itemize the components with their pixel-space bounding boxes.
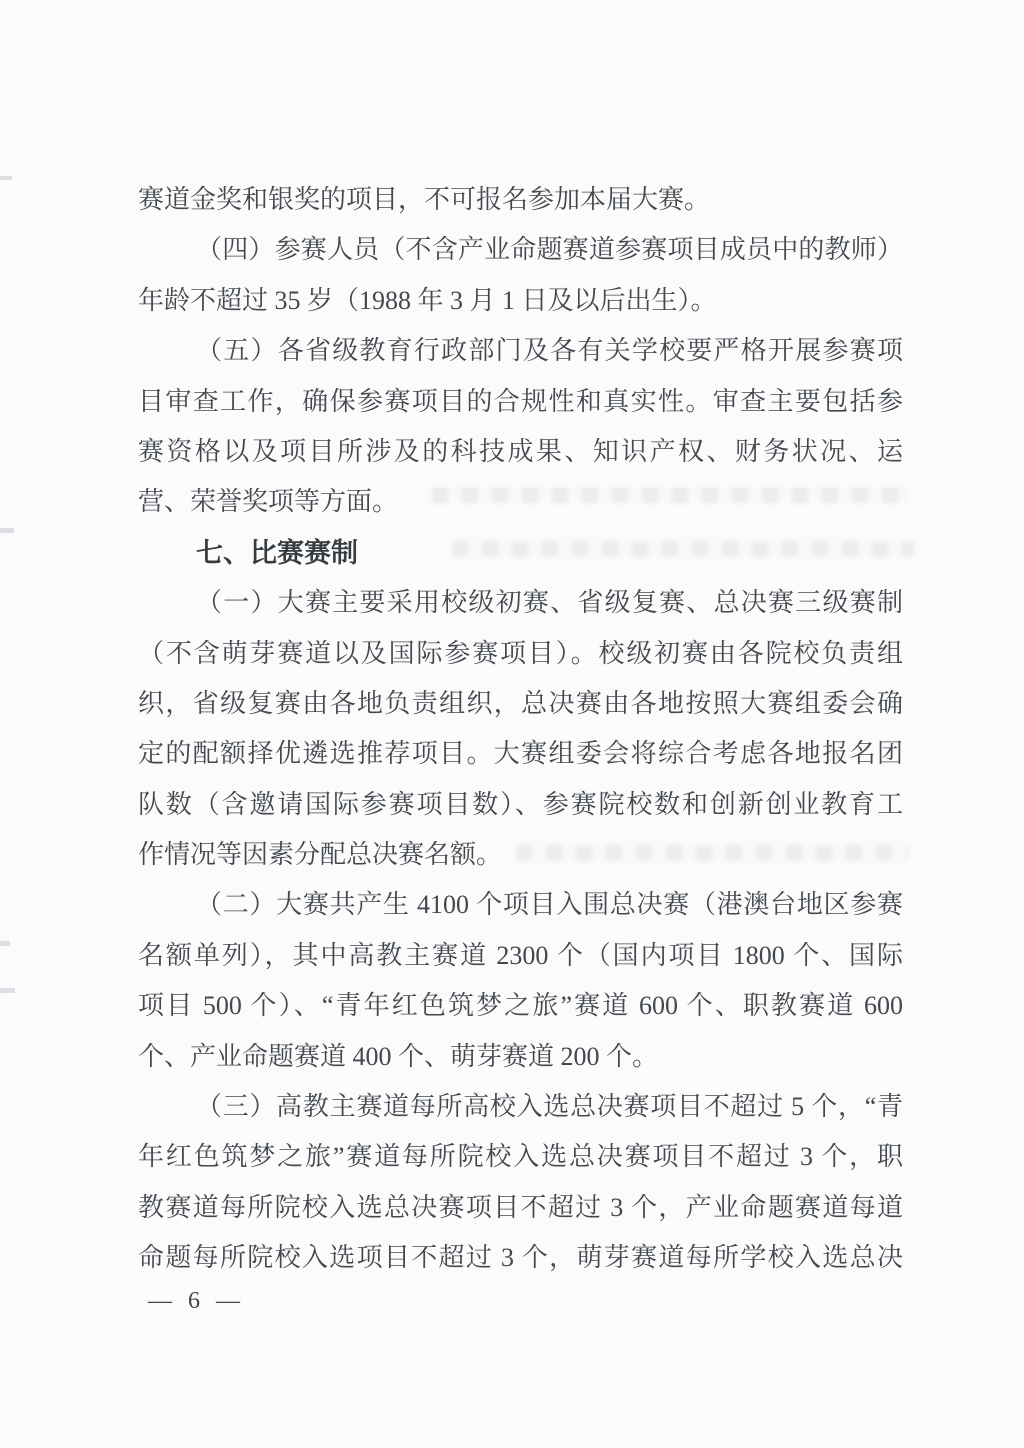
text-line: 赛资格以及项目所涉及的科技成果、知识产权、财务状况、运 bbox=[138, 427, 903, 477]
scan-artifact bbox=[0, 941, 10, 946]
text-line: 年红色筑梦之旅”赛道每所院校入选总决赛项目不超过 3 个，职 bbox=[138, 1132, 903, 1182]
text-line: （四）参赛人员（不含产业命题赛道参赛项目成员中的教师） bbox=[138, 225, 903, 275]
scan-artifact bbox=[0, 988, 15, 993]
text-line: 教赛道每所院校入选总决赛项目不超过 3 个，产业命题赛道每道 bbox=[138, 1183, 903, 1233]
scan-artifact bbox=[0, 176, 12, 180]
document-page: 赛道金奖和银奖的项目，不可报名参加本届大赛。 （四）参赛人员（不含产业命题赛道参… bbox=[0, 0, 1024, 1448]
text-line: 作情况等因素分配总决赛名额。 bbox=[138, 830, 903, 880]
text-line: 项目 500 个）、“青年红色筑梦之旅”赛道 600 个、职教赛道 600 bbox=[138, 981, 903, 1031]
text-line: 名额单列），其中高教主赛道 2300 个（国内项目 1800 个、国际 bbox=[138, 931, 903, 981]
page-number: — 6 — bbox=[148, 1288, 245, 1315]
text-line: （二）大赛共产生 4100 个项目入围总决赛（港澳台地区参赛 bbox=[138, 880, 903, 930]
text-line: 定的配额择优遴选推荐项目。大赛组委会将综合考虑各地报名团 bbox=[138, 729, 903, 779]
section-heading: 七、比赛赛制 bbox=[138, 528, 903, 578]
text-line: 年龄不超过 35 岁（1988 年 3 月 1 日及以后出生）。 bbox=[138, 276, 903, 326]
text-line: （五）各省级教育行政部门及各有关学校要严格开展参赛项 bbox=[138, 326, 903, 376]
text-line: （不含萌芽赛道以及国际参赛项目）。校级初赛由各院校负责组 bbox=[138, 629, 903, 679]
text-line: 营、荣誉奖项等方面。 bbox=[138, 477, 903, 527]
text-line: 个、产业命题赛道 400 个、萌芽赛道 200 个。 bbox=[138, 1032, 903, 1082]
text-line: （一）大赛主要采用校级初赛、省级复赛、总决赛三级赛制 bbox=[138, 578, 903, 628]
text-line: 赛道金奖和银奖的项目，不可报名参加本届大赛。 bbox=[138, 175, 903, 225]
text-line: 队数（含邀请国际参赛项目数）、参赛院校数和创新创业教育工 bbox=[138, 780, 903, 830]
scan-artifact bbox=[0, 528, 14, 533]
text-line: 目审查工作，确保参赛项目的合规性和真实性。审查主要包括参 bbox=[138, 377, 903, 427]
text-line: 命题每所院校入选项目不超过 3 个，萌芽赛道每所学校入选总决 bbox=[138, 1233, 903, 1283]
text-line: 织，省级复赛由各地负责组织，总决赛由各地按照大赛组委会确 bbox=[138, 679, 903, 729]
text-line: （三）高教主赛道每所高校入选总决赛项目不超过 5 个，“青 bbox=[138, 1082, 903, 1132]
document-body: 赛道金奖和银奖的项目，不可报名参加本届大赛。 （四）参赛人员（不含产业命题赛道参… bbox=[138, 175, 903, 1284]
